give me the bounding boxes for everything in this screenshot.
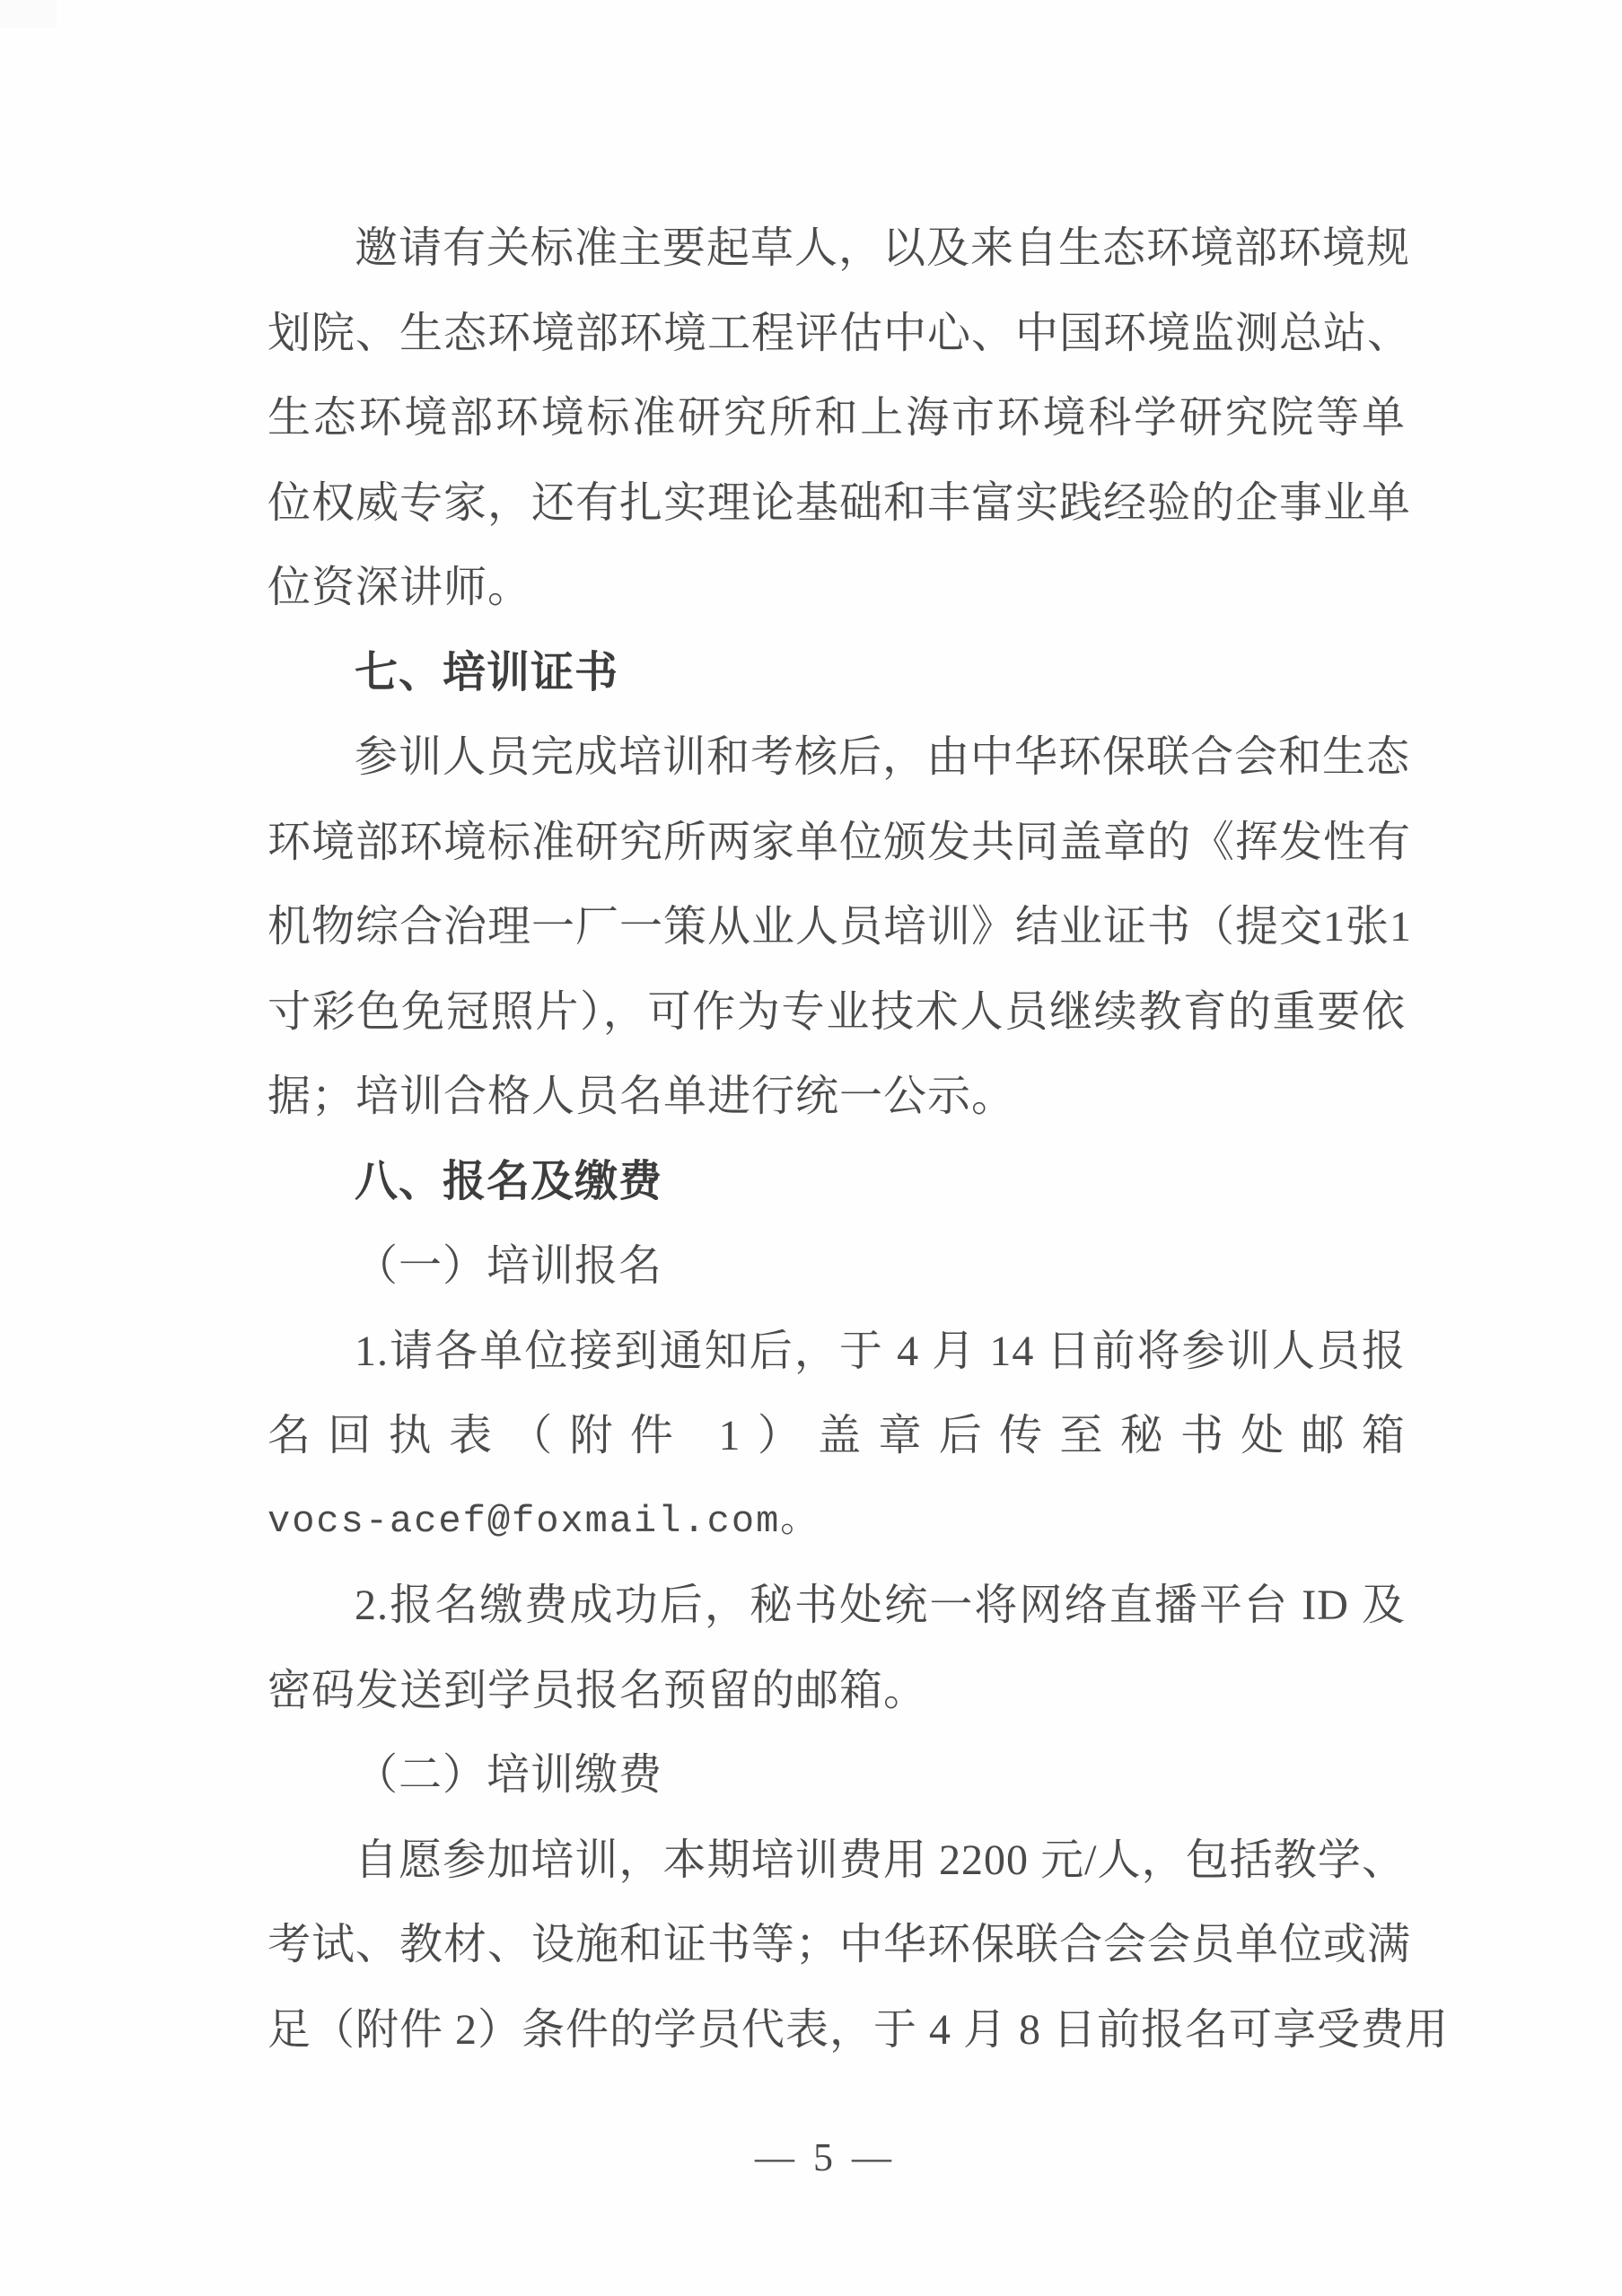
text-line: 划院、生态环境部环境工程评估中心、中国环境监测总站、: [267, 292, 1406, 377]
text-line: 名回执表（附件 1）盖章后传至秘书处邮箱: [267, 1394, 1406, 1479]
text-line: 考试、教材、设施和证书等；中华环保联合会会员单位或满: [267, 1903, 1406, 1988]
text-line: 生态环境部环境标准研究所和上海市环境科学研究院等单: [267, 376, 1406, 461]
text-line: 邀请有关标准主要起草人，以及来自生态环境部环境规: [267, 206, 1406, 292]
text-line: 环境部环境标准研究所两家单位颁发共同盖章的《挥发性有: [267, 801, 1406, 886]
section-heading: 七、培训证书: [267, 631, 1406, 716]
text-line: 1.请各单位接到通知后，于 4 月 14 日前将参训人员报: [267, 1310, 1406, 1395]
text-line: 自愿参加培训，本期培训费用 2200 元/人，包括教学、: [267, 1818, 1406, 1904]
scan-artifact: [0, 0, 57, 28]
text-line: 寸彩色免冠照片），可作为专业技术人员继续教育的重要依: [267, 970, 1406, 1056]
text-line: 密码发送到学员报名预留的邮箱。: [267, 1649, 1406, 1734]
document-body: 邀请有关标准主要起草人，以及来自生态环境部环境规划院、生态环境部环境工程评估中心…: [267, 206, 1406, 2073]
text-line: 据；培训合格人员名单进行统一公示。: [267, 1055, 1406, 1140]
email-text-line: vocs-acef@foxmail.com。: [267, 1479, 1406, 1564]
text-line: 位权威专家，还有扎实理论基础和丰富实践经验的企事业单: [267, 461, 1406, 547]
section-heading: 八、报名及缴费: [267, 1140, 1406, 1225]
text-line: 足（附件 2）条件的学员代表，于 4 月 8 日前报名可享受费用: [267, 1988, 1406, 2073]
text-line: （二）培训缴费: [267, 1733, 1406, 1818]
text-line: 参训人员完成培训和考核后，由中华环保联合会和生态: [267, 715, 1406, 801]
page-number: — 5 —: [0, 2134, 1622, 2180]
text-line: （一）培训报名: [267, 1224, 1406, 1310]
document-page: 邀请有关标准主要起草人，以及来自生态环境部环境规划院、生态环境部环境工程评估中心…: [0, 0, 1622, 2296]
text-line: 位资深讲师。: [267, 546, 1406, 631]
text-line: 2.报名缴费成功后，秘书处统一将网络直播平台 ID 及: [267, 1564, 1406, 1649]
text-line: 机物综合治理一厂一策从业人员培训》结业证书（提交1张1: [267, 885, 1406, 970]
